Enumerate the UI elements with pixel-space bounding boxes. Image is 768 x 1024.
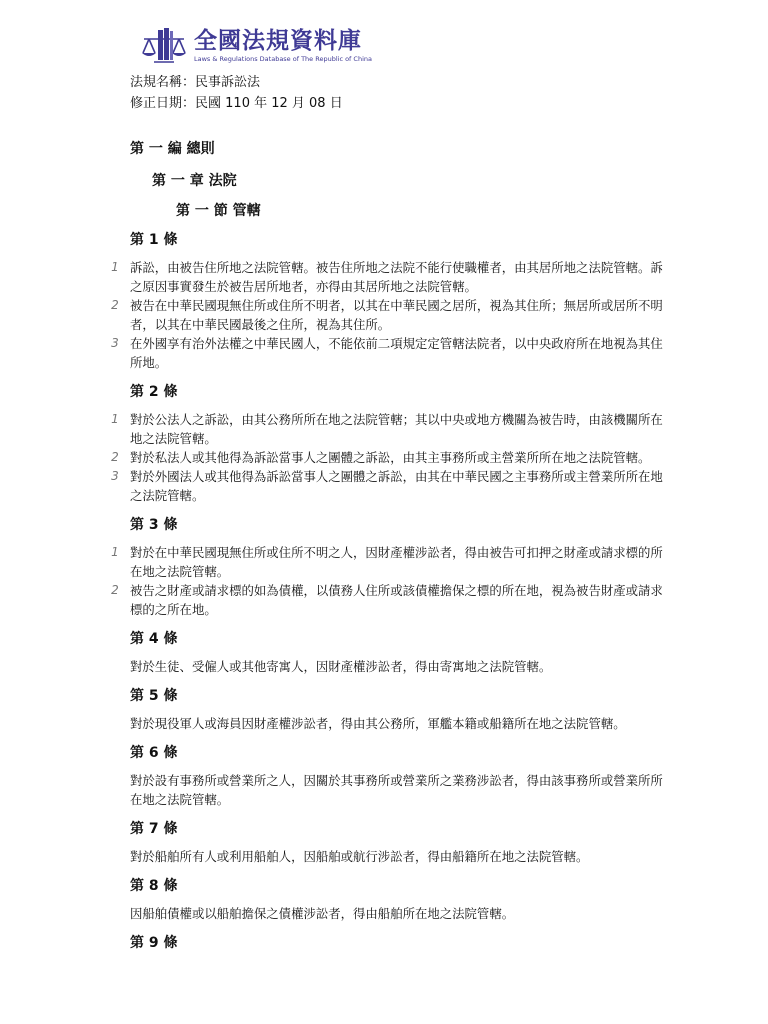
paragraph-number: 2 — [108, 296, 122, 315]
article-paragraph: 1訴訟，由被告住所地之法院管轄。被告住所地之法院不能行使職權者，由其居所地之法院… — [130, 258, 675, 296]
article-title: 第 5 條 — [130, 686, 675, 706]
paragraph-text: 在外國享有治外法權之中華民國人，不能依前二項規定定管轄法院者，以中央政府所在地視… — [130, 334, 675, 372]
paragraph-number: 1 — [108, 543, 122, 562]
part-heading: 第 一 編 總則 — [130, 138, 675, 170]
article-paragraph: 因船舶債權或以船舶擔保之債權涉訟者，得由船舶所在地之法院管轄。 — [130, 904, 675, 923]
scales-of-justice-icon — [140, 25, 188, 65]
article-paragraph: 3對於外國法人或其他得為訴訟當事人之團體之訴訟，由其在中華民國之主事務所或主營業… — [130, 467, 675, 505]
article-paragraph: 2被告之財產或請求標的如為債權，以債務人住所或該債權擔保之標的所在地，視為被告財… — [130, 581, 675, 619]
article-paragraph: 3在外國享有治外法權之中華民國人，不能依前二項規定定管轄法院者，以中央政府所在地… — [130, 334, 675, 372]
article-title: 第 4 條 — [130, 629, 675, 649]
logo-title: 全國法規資料庫 — [194, 28, 372, 54]
article-title: 第 8 條 — [130, 876, 675, 896]
article-title: 第 6 條 — [130, 743, 675, 763]
article-paragraph: 對於生徒、受僱人或其他寄寓人，因財產權涉訟者，得由寄寓地之法院管轄。 — [130, 657, 675, 676]
paragraph-text: 被告之財產或請求標的如為債權，以債務人住所或該債權擔保之標的所在地，視為被告財產… — [130, 581, 675, 619]
paragraph-text: 對於外國法人或其他得為訴訟當事人之團體之訴訟，由其在中華民國之主事務所或主營業所… — [130, 467, 675, 505]
article-title: 第 3 條 — [130, 515, 675, 535]
article: 第 9 條 — [130, 933, 675, 953]
law-meta: 法規名稱：民事訴訟法 修正日期：民國 110 年 12 月 08 日 — [130, 72, 343, 114]
paragraph-text: 對於船舶所有人或利用船舶人，因船舶或航行涉訟者，得由船籍所在地之法院管轄。 — [130, 847, 675, 866]
paragraph-text: 對於生徒、受僱人或其他寄寓人，因財產權涉訟者，得由寄寓地之法院管轄。 — [130, 657, 675, 676]
article-title: 第 7 條 — [130, 819, 675, 839]
law-content: 第 一 編 總則 第 一 章 法院 第 一 節 管轄 第 1 條1訴訟，由被告住… — [130, 138, 675, 963]
paragraph-text: 對於私法人或其他得為訴訟當事人之團體之訴訟，由其主事務所或主營業所所在地之法院管… — [130, 448, 675, 467]
site-logo: 全國法規資料庫 Laws & Regulations Database of T… — [140, 24, 372, 66]
law-name-row: 法規名稱：民事訴訟法 — [130, 72, 343, 93]
article-paragraph: 對於現役軍人或海員因財產權涉訟者，得由其公務所，軍艦本籍或船籍所在地之法院管轄。 — [130, 714, 675, 733]
article: 第 5 條對於現役軍人或海員因財產權涉訟者，得由其公務所，軍艦本籍或船籍所在地之… — [130, 686, 675, 733]
section-heading: 第 一 節 管轄 — [130, 200, 675, 230]
article-paragraph: 2被告在中華民國現無住所或住所不明者，以其在中華民國之居所，視為其住所；無居所或… — [130, 296, 675, 334]
article-title: 第 9 條 — [130, 933, 675, 953]
article: 第 6 條對於設有事務所或營業所之人，因關於其事務所或營業所之業務涉訟者，得由該… — [130, 743, 675, 809]
article: 第 3 條1對於在中華民國現無住所或住所不明之人，因財產權涉訟者，得由被告可扣押… — [130, 515, 675, 619]
article-paragraph: 對於設有事務所或營業所之人，因關於其事務所或營業所之業務涉訟者，得由該事務所或營… — [130, 771, 675, 809]
chapter-heading: 第 一 章 法院 — [130, 170, 675, 200]
law-name-value: 民事訴訟法 — [195, 75, 260, 90]
paragraph-number: 1 — [108, 258, 122, 277]
article-paragraph: 1對於在中華民國現無住所或住所不明之人，因財產權涉訟者，得由被告可扣押之財產或請… — [130, 543, 675, 581]
article-paragraph: 對於船舶所有人或利用船舶人，因船舶或航行涉訟者，得由船籍所在地之法院管轄。 — [130, 847, 675, 866]
paragraph-number: 3 — [108, 334, 122, 353]
paragraph-text: 對於公法人之訴訟，由其公務所所在地之法院管轄；其以中央或地方機關為被告時，由該機… — [130, 410, 675, 448]
article: 第 4 條對於生徒、受僱人或其他寄寓人，因財產權涉訟者，得由寄寓地之法院管轄。 — [130, 629, 675, 676]
paragraph-text: 訴訟，由被告住所地之法院管轄。被告住所地之法院不能行使職權者，由其居所地之法院管… — [130, 258, 675, 296]
logo-subtitle: Laws & Regulations Database of The Repub… — [194, 55, 372, 63]
paragraph-text: 對於現役軍人或海員因財產權涉訟者，得由其公務所，軍艦本籍或船籍所在地之法院管轄。 — [130, 714, 675, 733]
article-paragraph: 2對於私法人或其他得為訴訟當事人之團體之訴訟，由其主事務所或主營業所所在地之法院… — [130, 448, 675, 467]
amend-date-label: 修正日期： — [130, 96, 195, 111]
paragraph-number: 2 — [108, 448, 122, 467]
paragraph-number: 2 — [108, 581, 122, 600]
amend-date-row: 修正日期：民國 110 年 12 月 08 日 — [130, 93, 343, 114]
article-list: 第 1 條1訴訟，由被告住所地之法院管轄。被告住所地之法院不能行使職權者，由其居… — [130, 230, 675, 953]
paragraph-text: 對於在中華民國現無住所或住所不明之人，因財產權涉訟者，得由被告可扣押之財產或請求… — [130, 543, 675, 581]
article-title: 第 1 條 — [130, 230, 675, 250]
article: 第 8 條因船舶債權或以船舶擔保之債權涉訟者，得由船舶所在地之法院管轄。 — [130, 876, 675, 923]
article: 第 2 條1對於公法人之訴訟，由其公務所所在地之法院管轄；其以中央或地方機關為被… — [130, 382, 675, 505]
article: 第 1 條1訴訟，由被告住所地之法院管轄。被告住所地之法院不能行使職權者，由其居… — [130, 230, 675, 372]
article-title: 第 2 條 — [130, 382, 675, 402]
paragraph-number: 3 — [108, 467, 122, 486]
law-name-label: 法規名稱： — [130, 75, 195, 90]
amend-date-value: 民國 110 年 12 月 08 日 — [195, 96, 343, 111]
paragraph-text: 被告在中華民國現無住所或住所不明者，以其在中華民國之居所，視為其住所；無居所或居… — [130, 296, 675, 334]
paragraph-text: 因船舶債權或以船舶擔保之債權涉訟者，得由船舶所在地之法院管轄。 — [130, 904, 675, 923]
paragraph-number: 1 — [108, 410, 122, 429]
article: 第 7 條對於船舶所有人或利用船舶人，因船舶或航行涉訟者，得由船籍所在地之法院管… — [130, 819, 675, 866]
article-paragraph: 1對於公法人之訴訟，由其公務所所在地之法院管轄；其以中央或地方機關為被告時，由該… — [130, 410, 675, 448]
paragraph-text: 對於設有事務所或營業所之人，因關於其事務所或營業所之業務涉訟者，得由該事務所或營… — [130, 771, 675, 809]
